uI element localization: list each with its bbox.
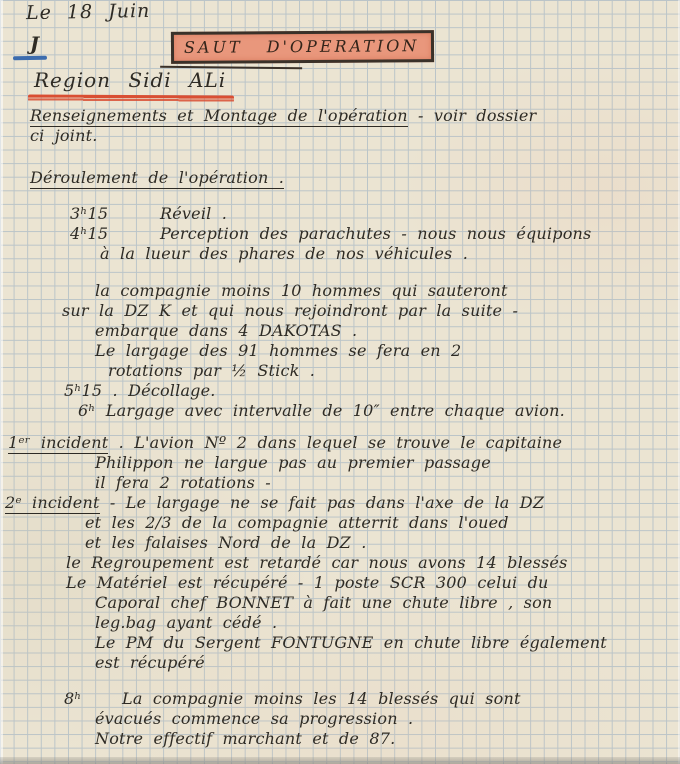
document-line: sur la DZ K et qui nous rejoindront par … — [62, 301, 680, 321]
document-line: est récupéré — [95, 653, 680, 673]
text-segment: - Le largage ne se fait pas dans l'axe d… — [100, 493, 545, 512]
day-mark: J — [30, 33, 39, 55]
text-segment: ci joint. — [30, 126, 98, 145]
document-line: 1ᵉʳ incident . L'avion Nº 2 dans lequel … — [8, 433, 680, 453]
text-segment: 4ʰ15 — [70, 224, 160, 244]
text-segment: le Regroupement est retardé car nous avo… — [66, 553, 567, 572]
document-line: Le largage des 91 hommes se fera en 2 — [95, 341, 680, 361]
document-line: il fera 2 rotations - — [95, 473, 680, 493]
text-segment: Perception des parachutes - nous nous éq… — [160, 224, 591, 243]
text-segment: 5ʰ15 . Décollage. — [64, 381, 216, 400]
document-line: évacués commence sa progression . — [95, 709, 680, 729]
notebook-page: Le 18 Juin J SAUT D'OPERATION Region Sid… — [0, 0, 680, 764]
text-segment: Philippon ne largue pas au premier passa… — [95, 453, 491, 472]
document-line: 5ʰ15 . Décollage. — [64, 381, 680, 401]
text-segment: est récupéré — [95, 653, 205, 672]
region-heading: Region Sidi ALi — [34, 68, 226, 92]
text-segment: 8ʰ — [64, 689, 122, 709]
text-segment: 6ʰ Largage avec intervalle de 10″ entre … — [78, 401, 565, 420]
underlined-text: 1ᵉʳ incident — [8, 433, 108, 454]
text-segment: Le largage des 91 hommes se fera en 2 — [95, 341, 461, 360]
document-line: leg.bag ayant cédé . — [95, 613, 680, 633]
operation-title-box: SAUT D'OPERATION — [171, 30, 435, 64]
text-segment: leg.bag ayant cédé . — [95, 613, 277, 632]
document-line: Déroulement de l'opération . — [30, 168, 680, 188]
underlined-text: Renseignements et Montage de l'opération — [30, 106, 408, 127]
text-segment: 3ʰ15 — [70, 204, 160, 224]
text-segment: . L'avion Nº 2 dans lequel se trouve le … — [108, 433, 562, 452]
document-line: Caporal chef BONNET à fait une chute lib… — [95, 593, 680, 613]
document-line: et les falaises Nord de la DZ . — [85, 533, 680, 553]
text-segment: embarque dans 4 DAKOTAS . — [95, 321, 357, 340]
document-line: ci joint. — [30, 126, 680, 146]
page-edge-bottom — [0, 757, 680, 764]
document-line: 2ᵉ incident - Le largage ne se fait pas … — [5, 493, 680, 513]
document-line: Philippon ne largue pas au premier passa… — [95, 453, 680, 473]
document-line: à la lueur des phares de nos véhicules . — [100, 244, 680, 264]
document-line: la compagnie moins 10 hommes qui sautero… — [95, 281, 680, 301]
text-segment: Réveil . — [160, 204, 227, 223]
document-line: et les 2/3 de la compagnie atterrit dans… — [85, 513, 680, 533]
region-red-underline — [28, 94, 234, 102]
text-segment: La compagnie moins les 14 blessés qui so… — [122, 689, 521, 708]
document-line: rotations par ½ Stick . — [108, 361, 680, 381]
text-segment: à la lueur des phares de nos véhicules . — [100, 244, 468, 263]
document-line: le Regroupement est retardé car nous avo… — [66, 553, 680, 573]
text-segment: rotations par ½ Stick . — [108, 361, 315, 380]
document-line: 4ʰ15Perception des parachutes - nous nou… — [70, 224, 680, 244]
document-line: 3ʰ15Réveil . — [70, 204, 680, 224]
document-line: 6ʰ Largage avec intervalle de 10″ entre … — [78, 401, 680, 421]
document-line: Renseignements et Montage de l'opération… — [30, 106, 680, 126]
entry-date: Le 18 Juin — [26, 0, 151, 24]
underlined-text: 2ᵉ incident — [5, 493, 100, 514]
document-line: 8ʰLa compagnie moins les 14 blessés qui … — [64, 689, 680, 709]
text-segment: Notre effectif marchant et de 87. — [95, 729, 395, 748]
text-segment: sur la DZ K et qui nous rejoindront par … — [62, 301, 518, 320]
text-segment: Caporal chef BONNET à fait une chute lib… — [95, 593, 552, 612]
text-segment: et les 2/3 de la compagnie atterrit dans… — [85, 513, 509, 532]
text-segment: - voir dossier — [408, 106, 537, 125]
text-segment: il fera 2 rotations - — [95, 473, 271, 492]
document-line: Le Matériel est récupéré - 1 poste SCR 3… — [66, 573, 680, 593]
text-segment: évacués commence sa progression . — [95, 709, 413, 728]
page-edge-left — [0, 0, 3, 764]
text-segment: la compagnie moins 10 hommes qui sautero… — [95, 281, 508, 300]
text-segment: Le PM du Sergent FONTUGNE en chute libre… — [95, 633, 607, 652]
document-lines: Renseignements et Montage de l'opération… — [0, 106, 680, 749]
text-segment: Le Matériel est récupéré - 1 poste SCR 3… — [66, 573, 549, 592]
document-line: Notre effectif marchant et de 87. — [95, 729, 680, 749]
day-mark-blue-underline — [13, 56, 47, 61]
document-line: embarque dans 4 DAKOTAS . — [95, 321, 680, 341]
underlined-text: Déroulement de l'opération . — [30, 168, 284, 189]
text-segment: et les falaises Nord de la DZ . — [85, 533, 367, 552]
document-line: Le PM du Sergent FONTUGNE en chute libre… — [95, 633, 680, 653]
